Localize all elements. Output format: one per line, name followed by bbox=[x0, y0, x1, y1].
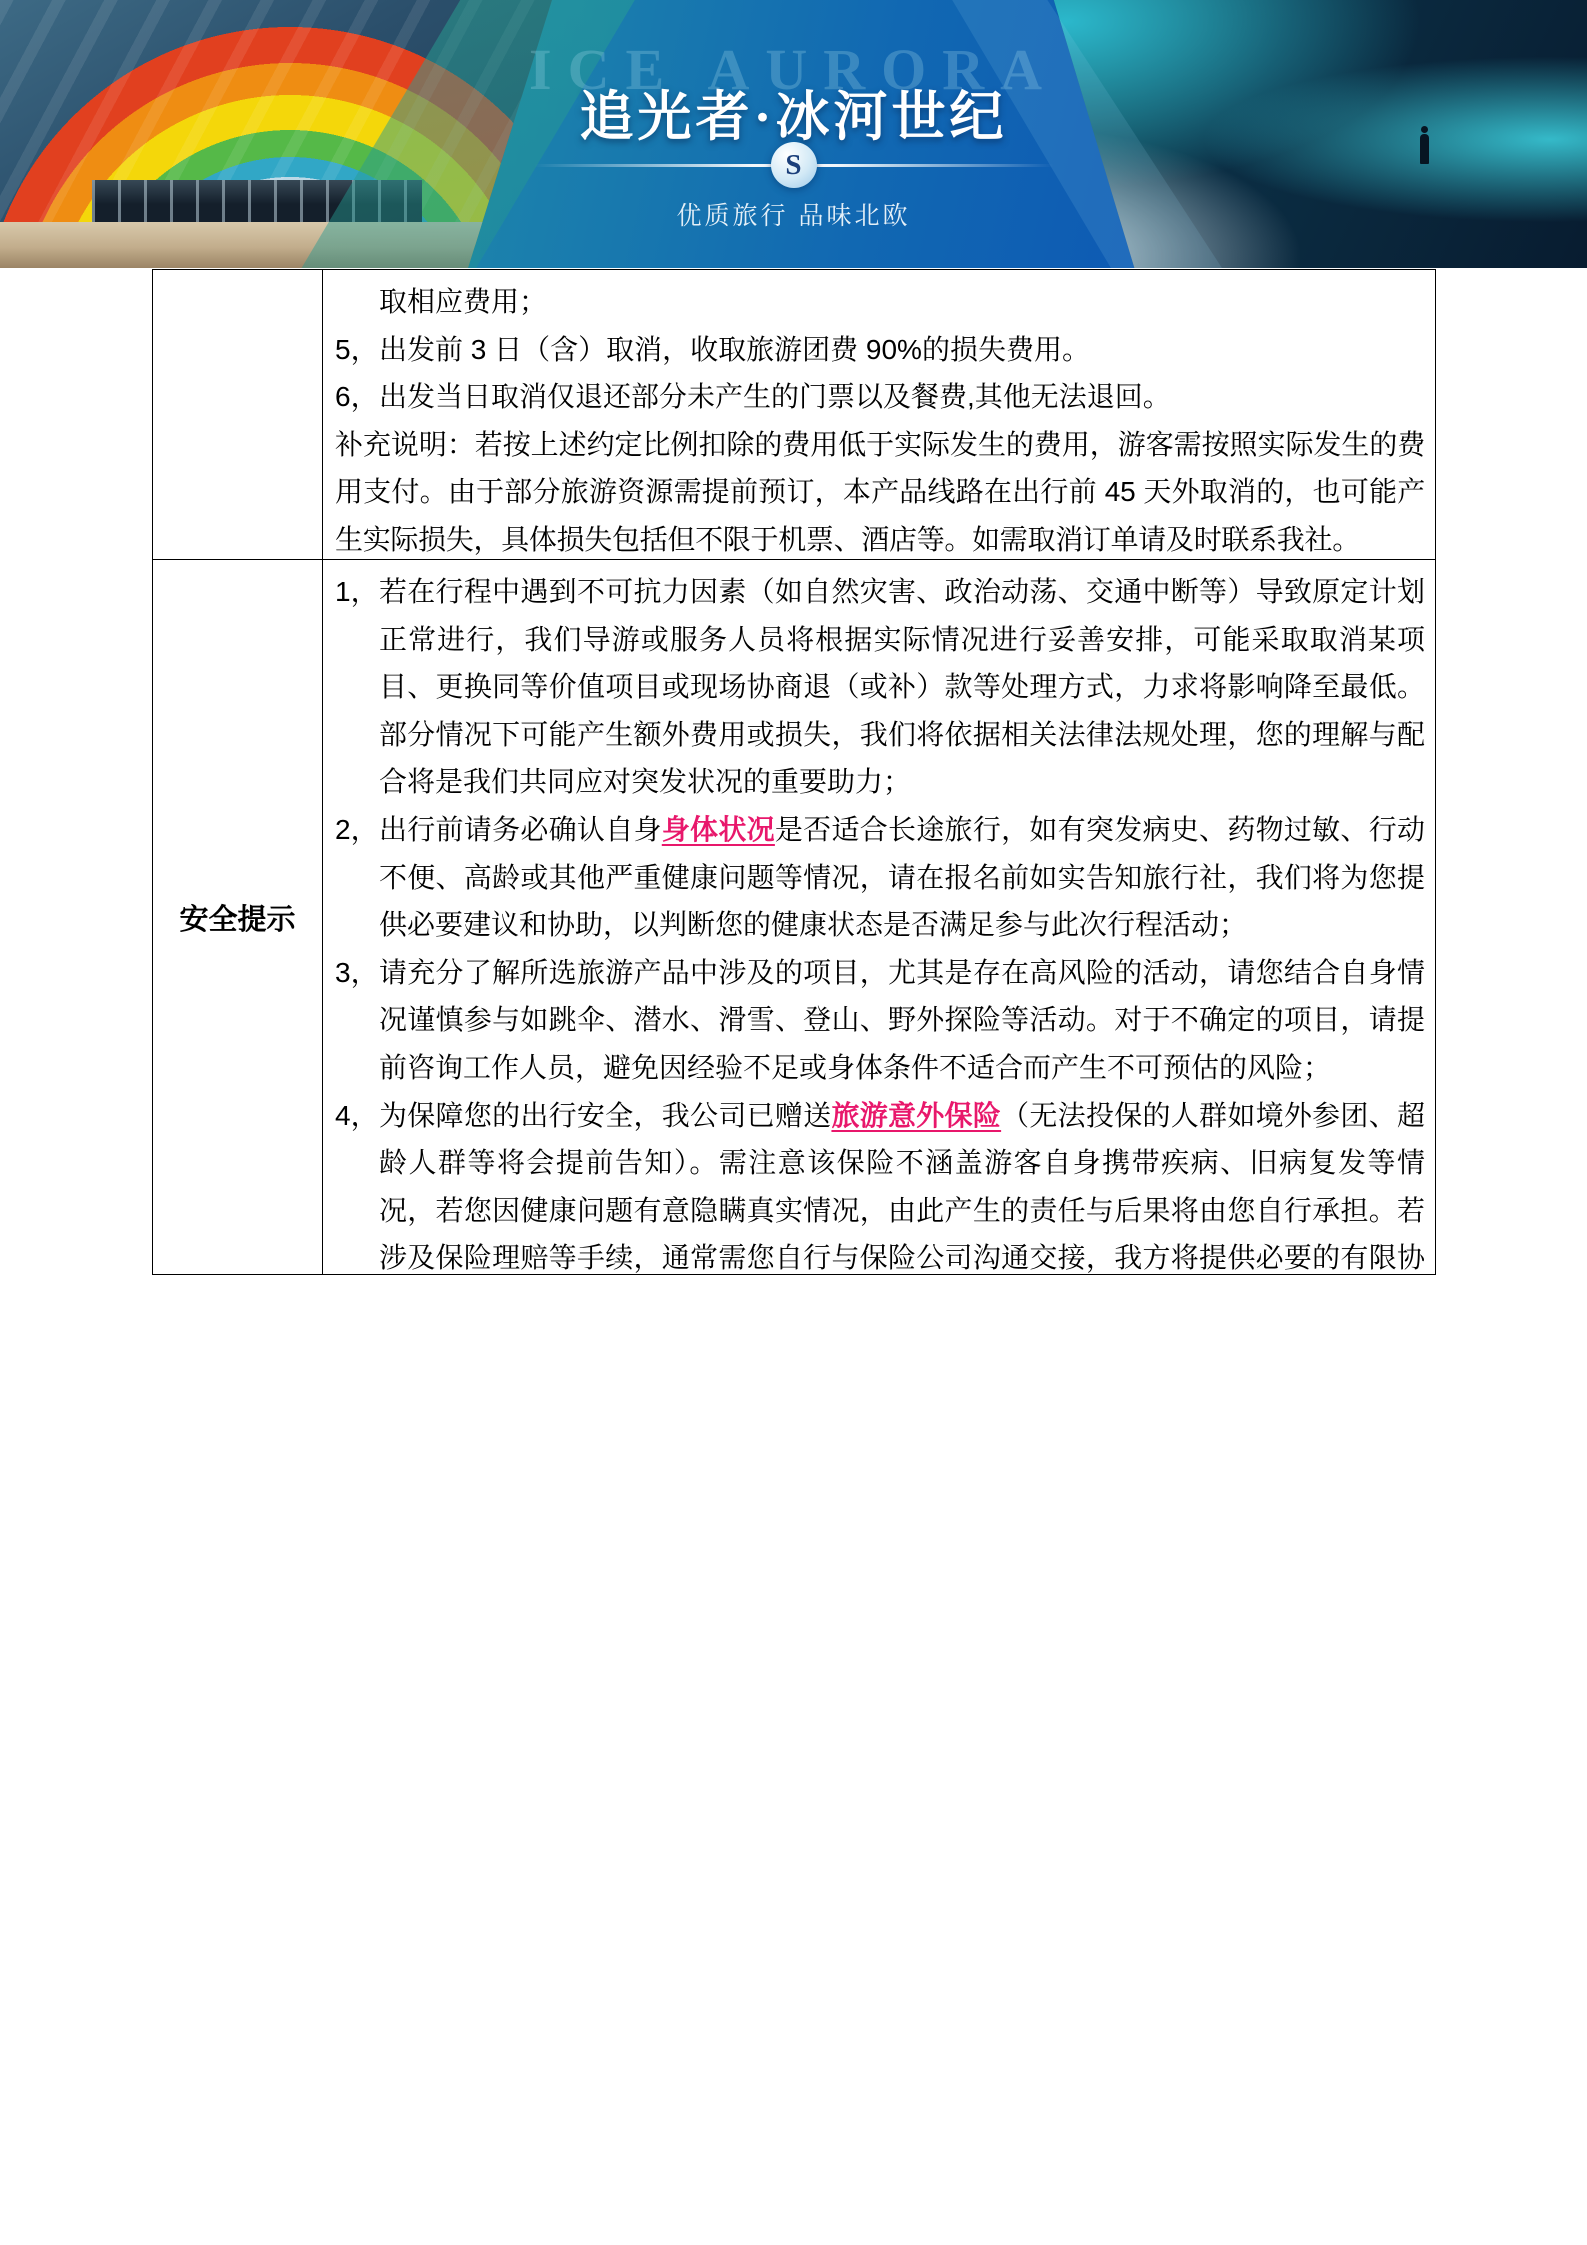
header-banner: ICE AURORA 追光者·冰河世纪 S 优质旅行 品味北欧 bbox=[0, 0, 1587, 268]
document-page: ICE AURORA 追光者·冰河世纪 S 优质旅行 品味北欧 取相应费用； 5… bbox=[0, 0, 1587, 2245]
item-text: 出发当日取消仅退还部分未产生的门票以及餐费,其他无法退回。 bbox=[379, 381, 1171, 412]
item-number: 3， bbox=[335, 949, 379, 997]
item-text-pre: 出行前请务必确认自身 bbox=[379, 814, 662, 845]
item-number: 6， bbox=[335, 373, 379, 421]
banner-title: 追光者·冰河世纪 bbox=[0, 74, 1587, 151]
safety-label: 安全提示 bbox=[153, 560, 323, 1274]
health-condition-link[interactable]: 身体状况 bbox=[662, 814, 775, 845]
item-number: 4， bbox=[335, 1092, 379, 1140]
item-text: 请充分了解所选旅游产品中涉及的项目，尤其是存在高风险的活动，请您结合自身情况谨慎… bbox=[379, 957, 1425, 1083]
safety-item-3: 3，请充分了解所选旅游产品中涉及的项目，尤其是存在高风险的活动，请您结合自身情况… bbox=[335, 949, 1425, 1092]
safety-notice-row: 安全提示 1，若在行程中遇到不可抗力因素（如自然灾害、政治动荡、交通中断等）导致… bbox=[153, 559, 1435, 1274]
item-text: 出发前 3 日（含）取消，收取旅游团费 90%的损失费用。 bbox=[379, 334, 1090, 365]
item-text-pre: 为保障您的出行安全，我公司已赠送 bbox=[379, 1100, 831, 1131]
policy-supplement-note: 补充说明：若按上述约定比例扣除的费用低于实际发生的费用，游客需按照实际发生的费用… bbox=[335, 421, 1425, 559]
cancellation-label-cell bbox=[153, 270, 323, 559]
safety-content-cell: 1，若在行程中遇到不可抗力因素（如自然灾害、政治动荡、交通中断等）导致原定计划正… bbox=[323, 560, 1435, 1274]
safety-item-1: 1，若在行程中遇到不可抗力因素（如自然灾害、政治动荡、交通中断等）导致原定计划正… bbox=[335, 568, 1425, 806]
cancellation-policy-row: 取相应费用； 5，出发前 3 日（含）取消，收取旅游团费 90%的损失费用。 6… bbox=[153, 270, 1435, 559]
travel-insurance-link[interactable]: 旅游意外保险 bbox=[831, 1100, 1001, 1131]
logo-letter: S bbox=[785, 149, 801, 182]
item-number: 1， bbox=[335, 568, 379, 616]
policy-continuation-line: 取相应费用； bbox=[335, 278, 1425, 326]
policy-item-5: 5，出发前 3 日（含）取消，收取旅游团费 90%的损失费用。 bbox=[335, 326, 1425, 374]
safety-item-4: 4，为保障您的出行安全，我公司已赠送旅游意外保险（无法投保的人群如境外参团、超龄… bbox=[335, 1092, 1425, 1274]
brand-logo-icon: S bbox=[771, 142, 817, 188]
safety-item-2: 2，出行前请务必确认自身身体状况是否适合长途旅行，如有突发病史、药物过敏、行动不… bbox=[335, 806, 1425, 949]
cancellation-content-cell: 取相应费用； 5，出发前 3 日（含）取消，收取旅游团费 90%的损失费用。 6… bbox=[323, 270, 1435, 559]
item-number: 5， bbox=[335, 326, 379, 374]
item-number: 2， bbox=[335, 806, 379, 854]
policy-item-6: 6，出发当日取消仅退还部分未产生的门票以及餐费,其他无法退回。 bbox=[335, 373, 1425, 421]
policy-table: 取相应费用； 5，出发前 3 日（含）取消，收取旅游团费 90%的损失费用。 6… bbox=[152, 269, 1436, 1275]
banner-tagline: 优质旅行 品味北欧 bbox=[0, 196, 1587, 232]
item-text: 若在行程中遇到不可抗力因素（如自然灾害、政治动荡、交通中断等）导致原定计划正常进… bbox=[379, 576, 1425, 797]
